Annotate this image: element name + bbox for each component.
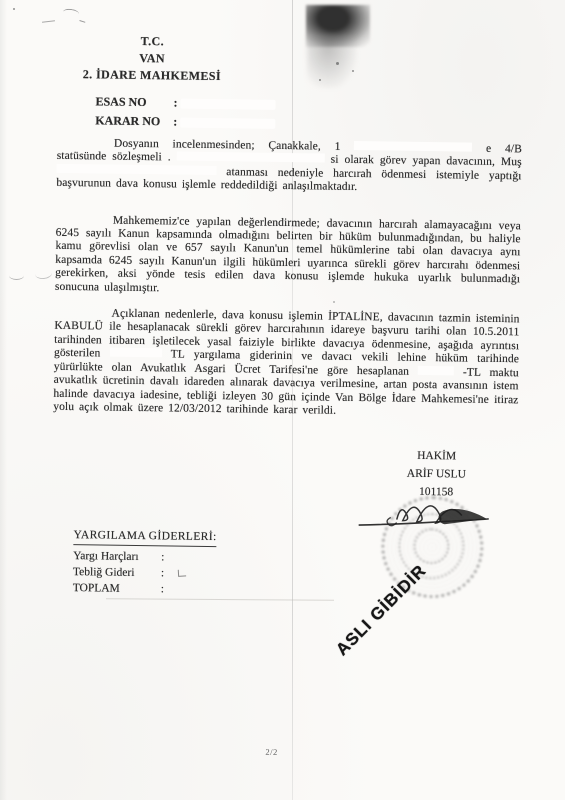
document-content: T.C. VAN 2. İDARE MAHKEMESİ ESAS NO: KAR… — [0, 0, 565, 800]
paragraph: Açıklanan nedenlerle, dava konusu işlemi… — [53, 307, 519, 421]
redacted-gap — [110, 348, 162, 358]
costs-row-colon: : — [161, 567, 164, 579]
paragraph-text: si olarak görev yapan davacının, Muş — [331, 154, 522, 169]
page-number: 2/2 — [265, 747, 278, 757]
case-field-label: KARAR NO — [95, 111, 173, 131]
redacted-gap — [354, 141, 472, 152]
litigation-costs-block: YARGILAMA GİDERLERİ: Yargı Harçları:Tebl… — [73, 527, 217, 598]
scanned-court-decision-page: T.C. VAN 2. İDARE MAHKEMESİ ESAS NO: KAR… — [0, 0, 565, 800]
paragraph: Mahkememiz'ce yapılan değerlendirmede; d… — [55, 213, 521, 300]
case-field-row: ESAS NO: — [95, 92, 275, 114]
costs-row-colon: : — [161, 551, 164, 563]
paragraph: Dosyanın incelenmesinden; Çanakkale, 1 e… — [56, 137, 522, 197]
case-field-row: KARAR NO: — [95, 111, 275, 133]
court-header: T.C. VAN 2. İDARE MAHKEMESİ — [59, 32, 246, 86]
judge-name: ARİF USLU — [380, 464, 492, 484]
costs-row: TOPLAM: — [73, 580, 216, 598]
redacted-value — [180, 99, 275, 110]
court-name: 2. İDARE MAHKEMESİ — [59, 66, 245, 86]
costs-row-label: TOPLAM — [73, 580, 161, 597]
redacted-gap — [57, 164, 217, 175]
case-field-colon: : — [173, 95, 177, 109]
redacted-gap — [177, 152, 325, 163]
costs-row-colon: : — [161, 583, 164, 595]
redacted-value — [180, 118, 275, 129]
costs-rows: Yargı Harçları:Tebliğ Gideri:TOPLAM: — [73, 548, 217, 598]
case-field-label: ESAS NO — [95, 92, 173, 112]
paragraph-text: Mahkememiz'ce yapılan değerlendirmede; d… — [55, 214, 521, 294]
costs-row-label: Tebliğ Gideri — [73, 564, 161, 581]
decision-body: Dosyanın incelenmesinden; Çanakkale, 1 e… — [53, 137, 522, 421]
costs-row-label: Yargı Harçları — [73, 548, 161, 565]
costs-row: Tebliğ Gideri: — [73, 564, 216, 582]
costs-row: Yargı Harçları: — [73, 548, 216, 566]
costs-title: YARGILAMA GİDERLERİ: — [73, 527, 216, 547]
judge-title: HAKİM — [381, 446, 493, 466]
case-field-colon: : — [173, 114, 177, 128]
redacted-gap — [418, 366, 454, 376]
case-number-block: ESAS NO: KARAR NO: — [95, 92, 276, 133]
stray-ink-mark — [178, 569, 186, 576]
